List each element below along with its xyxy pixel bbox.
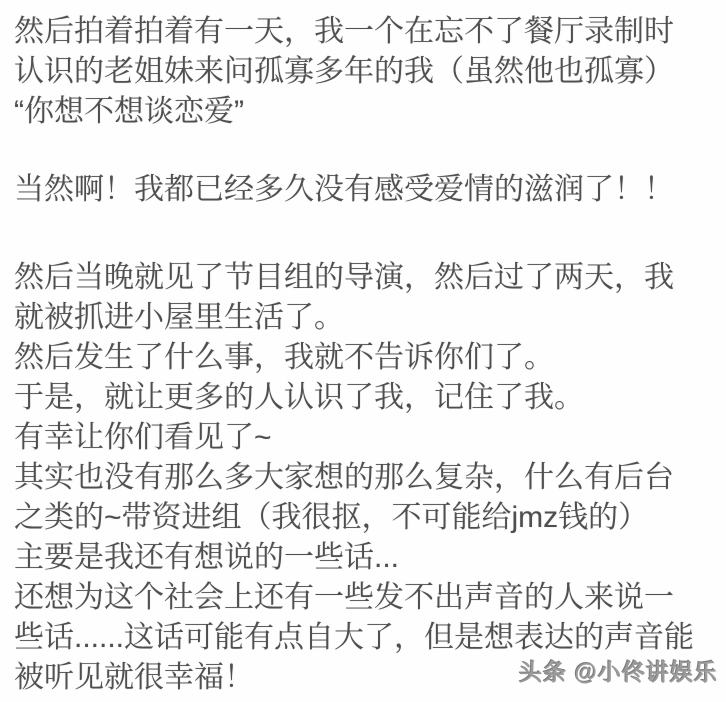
text-line: 主要是我还有想说的一些话... [14, 538, 718, 578]
text-line: 于是，就让更多的人认识了我，记住了我。 [14, 378, 718, 418]
paragraph-answer: 当然啊！我都已经多久没有感受爱情的滋润了！！ [14, 170, 718, 210]
paragraph-intro: 然后拍着拍着有一天，我一个在忘不了餐厅录制时 认识的老姐妹来问孤寡多年的我（虽然… [14, 12, 718, 132]
text-line: 然后拍着拍着有一天，我一个在忘不了餐厅录制时 [14, 12, 718, 52]
text-line: 认识的老姐妹来问孤寡多年的我（虽然他也孤寡） [14, 52, 718, 92]
text-line: 其实也没有那么多大家想的那么复杂，什么有后台 [14, 458, 718, 498]
text-line: 然后发生了什么事，我就不告诉你们了。 [14, 338, 718, 378]
text-line: “你想不想谈恋爱” [14, 92, 718, 132]
toutiao-watermark: 头条 @小佟讲娱乐 [519, 652, 718, 692]
text-line: 还想为这个社会上还有一些发不出声音的人来说一 [14, 578, 718, 618]
text-line: 然后当晚就见了节目组的导演，然后过了两天，我 [14, 258, 718, 298]
text-line: 之类的~带资进组（我很抠，不可能给jmz钱的） [14, 498, 718, 538]
paragraph-story: 然后当晚就见了节目组的导演，然后过了两天，我 就被抓进小屋里生活了。 然后发生了… [14, 258, 718, 698]
post-text-screenshot: 然后拍着拍着有一天，我一个在忘不了餐厅录制时 认识的老姐妹来问孤寡多年的我（虽然… [0, 0, 726, 702]
text-line: 当然啊！我都已经多久没有感受爱情的滋润了！！ [14, 170, 718, 210]
text-line: 就被抓进小屋里生活了。 [14, 298, 718, 338]
text-line: 有幸让你们看见了~ [14, 418, 718, 458]
